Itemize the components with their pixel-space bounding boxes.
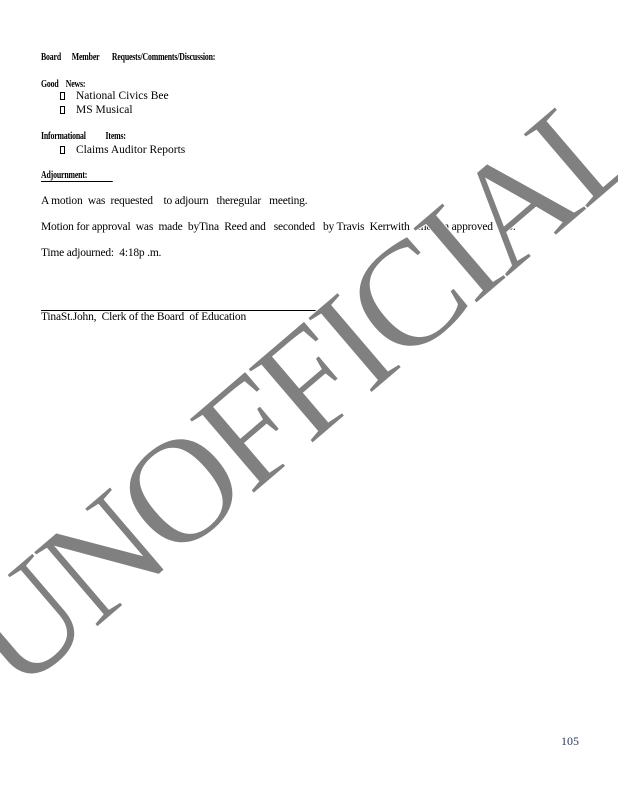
adjournment-heading: Adjournment: [41, 170, 113, 181]
informational-items-heading: Informational Items: [41, 131, 126, 142]
bullet-icon [60, 146, 65, 154]
list-item: National Civics Bee [60, 90, 169, 102]
bullet-icon [60, 92, 65, 100]
list-item: MS Musical [60, 104, 133, 116]
list-item-text: National Civics Bee [76, 90, 169, 102]
adjournment-paragraph: A motion was requested to adjourn thereg… [41, 195, 307, 207]
list-item-text: MS Musical [76, 104, 133, 116]
bullet-icon [60, 106, 65, 114]
adjournment-paragraph: Motion for approval was made byTina Reed… [41, 221, 516, 233]
board-member-heading: Board Member Requests/Comments/Discussio… [41, 52, 215, 63]
unofficial-watermark: UNOFFICIAL [0, 61, 618, 715]
adjournment-heading-text: Adjournment: [41, 170, 113, 182]
list-item-text: Claims Auditor Reports [76, 144, 185, 156]
document-page: Board Member Requests/Comments/Discussio… [0, 0, 618, 800]
page-number: 105 [561, 734, 579, 749]
adjournment-paragraph: Time adjourned: 4:18p .m. [41, 247, 161, 259]
signature-label: TinaSt.John, Clerk of the Board of Educa… [41, 311, 246, 323]
list-item: Claims Auditor Reports [60, 144, 185, 156]
good-news-heading: Good News: [41, 79, 85, 90]
